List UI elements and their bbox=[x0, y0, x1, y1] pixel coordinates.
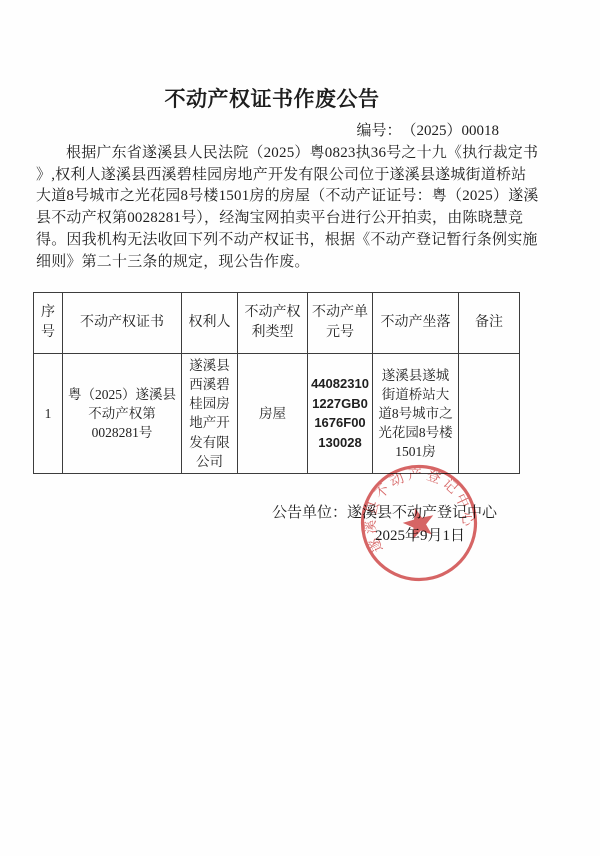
body-line: 细则》第二十三条的规定，现公告作废。 bbox=[36, 252, 556, 274]
table-row: 1 粤（2025）遂溪县不动产权第0028281号 遂溪县西溪碧桂园房地产开发有… bbox=[34, 354, 520, 474]
header-remark: 备注 bbox=[459, 293, 520, 354]
header-unit-number: 不动产单元号 bbox=[308, 293, 373, 354]
header-right-type: 不动产权利类型 bbox=[238, 293, 308, 354]
cell-certificate: 粤（2025）遂溪县不动产权第0028281号 bbox=[63, 354, 182, 474]
cell-right-type: 房屋 bbox=[238, 354, 308, 474]
cell-holder: 遂溪县西溪碧桂园房地产开发有限公司 bbox=[182, 354, 238, 474]
certificate-table: 序号 不动产权证书 权利人 不动产权利类型 不动产单元号 不动产坐落 备注 1 … bbox=[33, 292, 520, 474]
header-location: 不动产坐落 bbox=[373, 293, 459, 354]
page-title: 不动产权证书作废公告 bbox=[0, 83, 572, 113]
body-line: 大道8号城市之光花园8号楼1501房的房屋（不动产证证号：粤（2025）遂溪 bbox=[36, 186, 556, 208]
cell-seq: 1 bbox=[34, 354, 63, 474]
announce-date: 2025年9月1日 bbox=[375, 526, 497, 547]
cell-remark bbox=[459, 354, 520, 474]
body-line: 》,权利人遂溪县西溪碧桂园房地产开发有限公司位于遂溪县遂城街道桥站 bbox=[36, 165, 556, 187]
cell-unit-number: 440823101227GB01676F00130028 bbox=[308, 354, 373, 474]
certificate-table-container: 序号 不动产权证书 权利人 不动产权利类型 不动产单元号 不动产坐落 备注 1 … bbox=[33, 292, 520, 474]
body-line: 根据广东省遂溪县人民法院（2025）粤0823执36号之十九《执行裁定书 bbox=[36, 143, 556, 165]
notice-body: 根据广东省遂溪县人民法院（2025）粤0823执36号之十九《执行裁定书 》,权… bbox=[36, 143, 556, 273]
body-line: 县不动产权第0028281号），经淘宝网拍卖平台进行公开拍卖，由陈晓慧竞 bbox=[36, 208, 556, 230]
header-seq: 序号 bbox=[34, 293, 63, 354]
document-page: 不动产权证书作废公告 编号： （2025）00018 根据广东省遂溪县人民法院（… bbox=[0, 0, 600, 856]
header-holder: 权利人 bbox=[182, 293, 238, 354]
body-line: 得。因我机构无法收回下列不动产权证书，根据《不动产登记暂行条例实施 bbox=[36, 230, 556, 252]
announcer-line: 公告单位：遂溪县不动产登记中心 bbox=[272, 503, 497, 524]
document-number: 编号： （2025）00018 bbox=[356, 119, 499, 140]
table-header-row: 序号 不动产权证书 权利人 不动产权利类型 不动产单元号 不动产坐落 备注 bbox=[34, 293, 520, 354]
header-certificate: 不动产权证书 bbox=[63, 293, 182, 354]
footer-block: 公告单位：遂溪县不动产登记中心 2025年9月1日 bbox=[272, 503, 497, 547]
cell-location: 遂溪县遂城街道桥站大道8号城市之光花园8号楼1501房 bbox=[373, 354, 459, 474]
